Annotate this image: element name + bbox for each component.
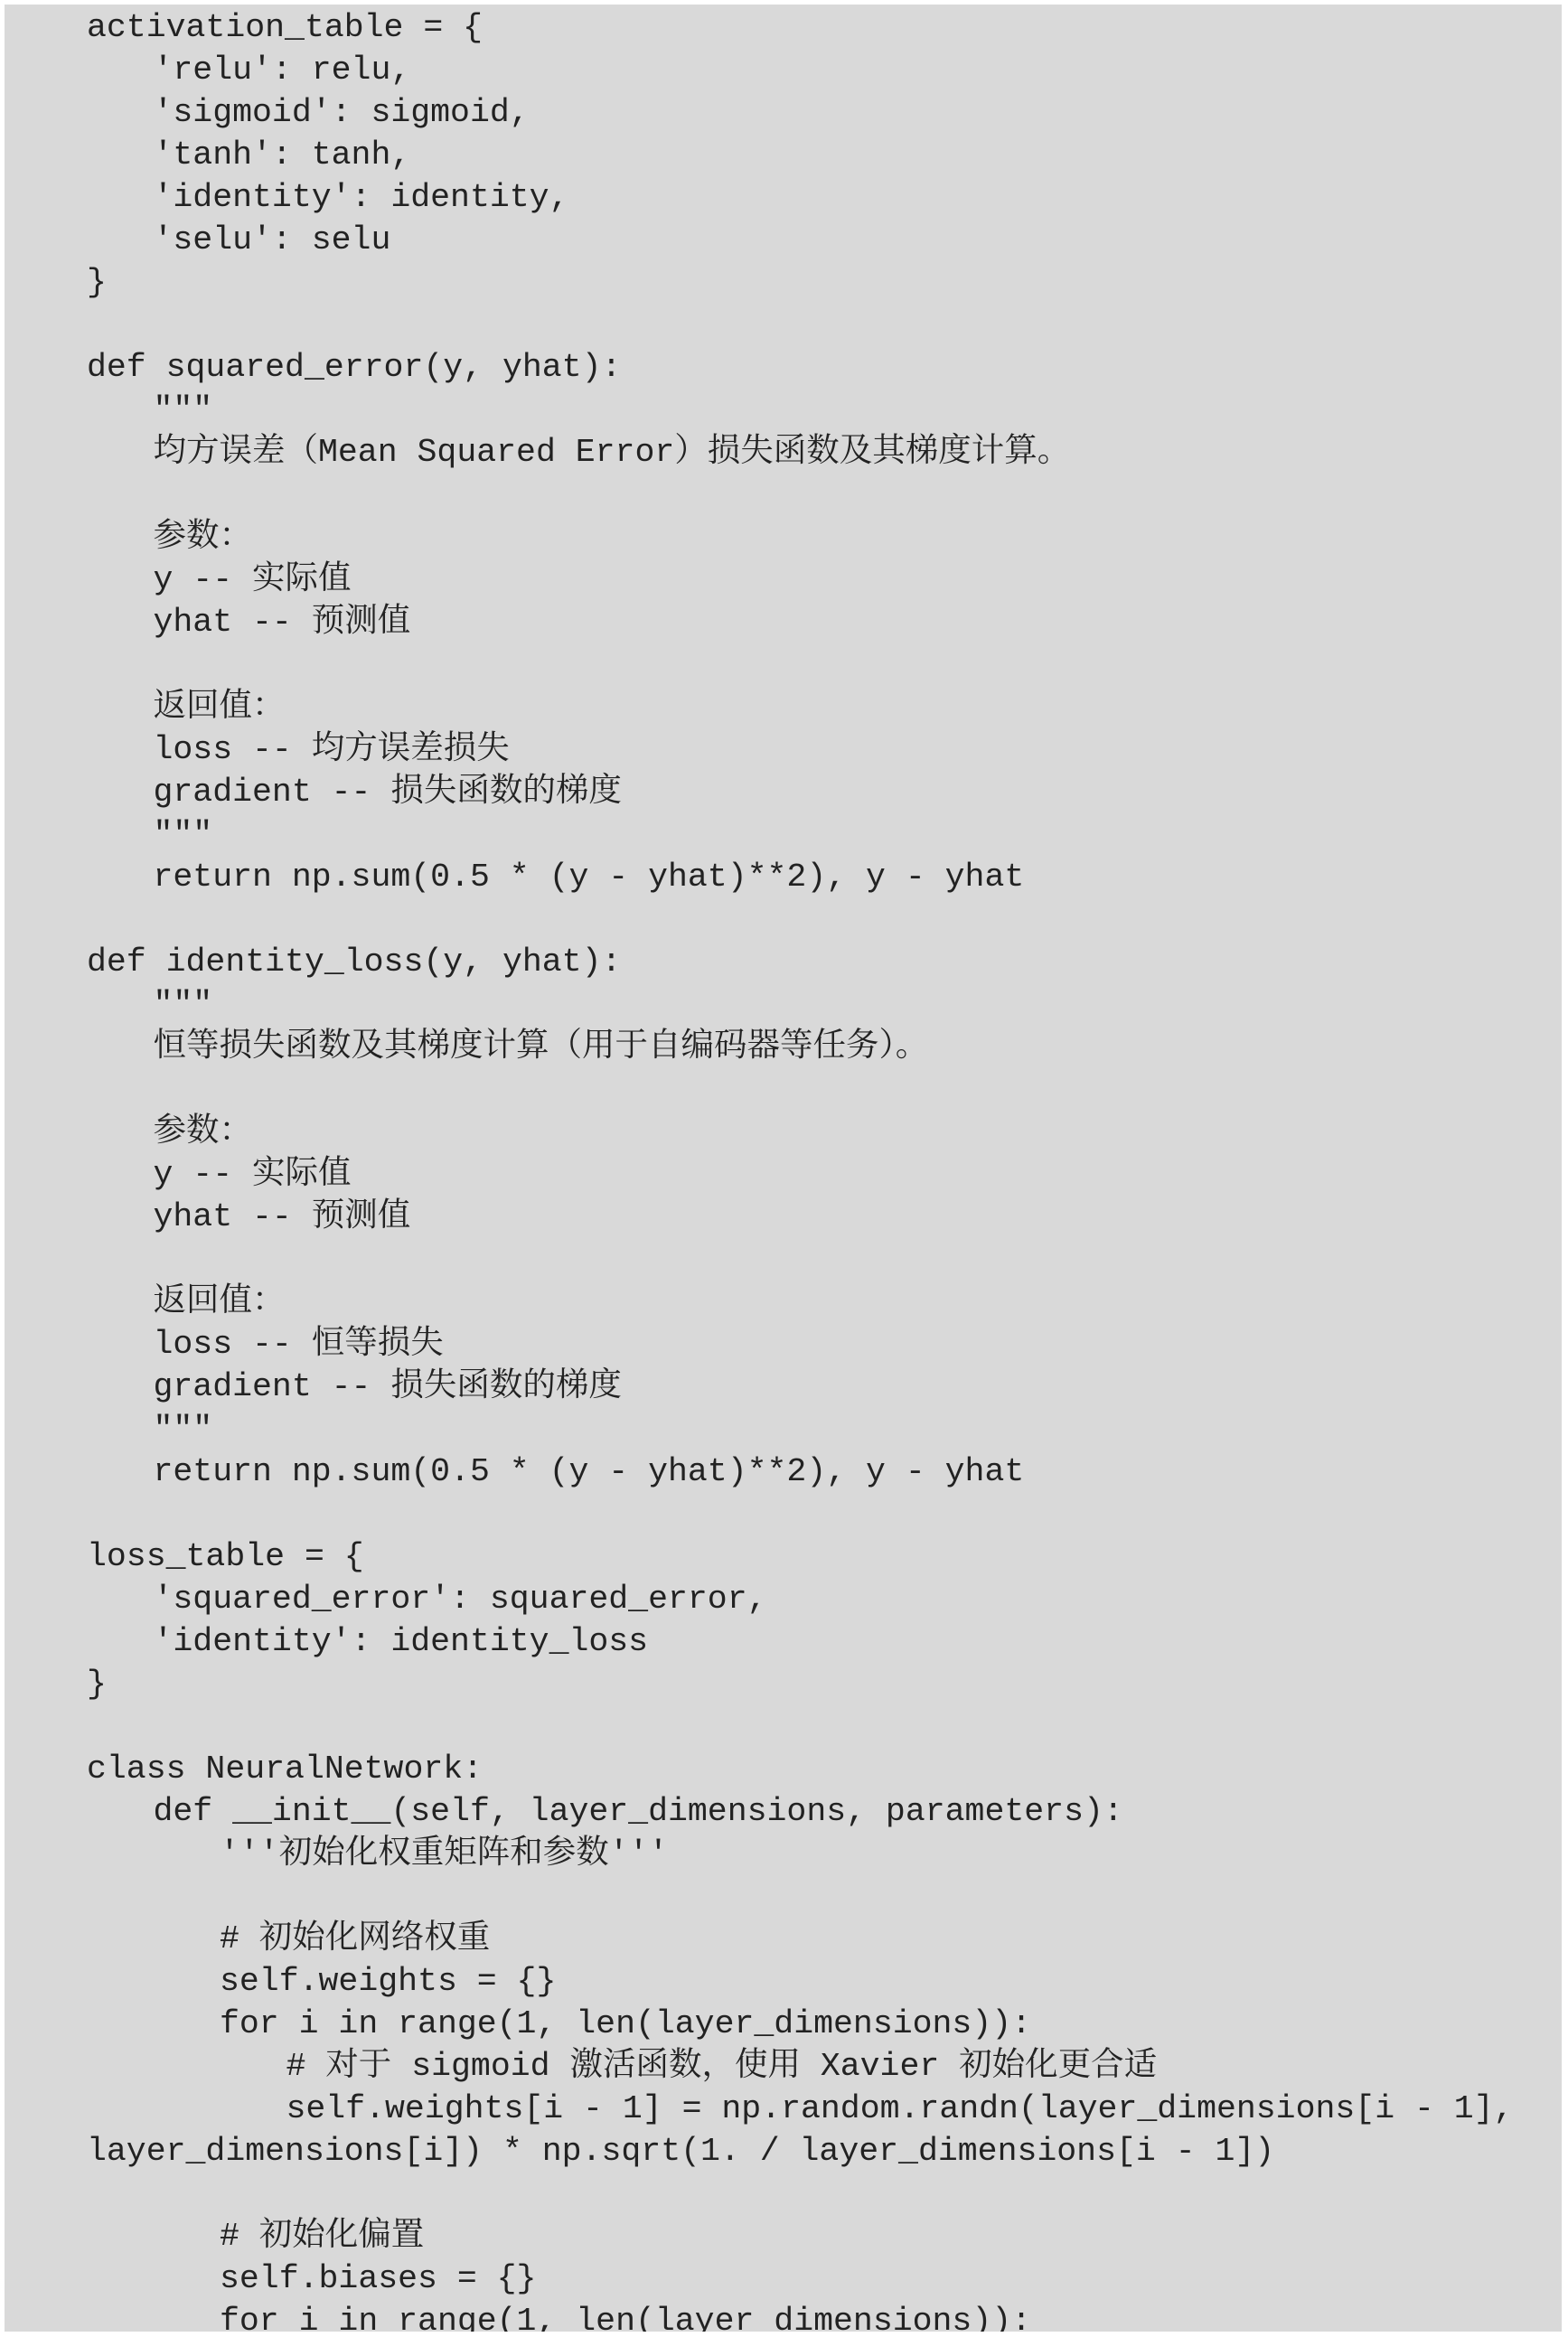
code-line: } (87, 1663, 1562, 1705)
code-line: 恒等损失函数及其梯度计算（用于自编码器等任务）。 (87, 1026, 1562, 1068)
code-line: class NeuralNetwork: (87, 1748, 1562, 1790)
code-line: loss_table = { (87, 1535, 1562, 1578)
code-line: 'sigmoid': sigmoid, (87, 91, 1562, 134)
code-line: # 初始化偏置 (87, 2215, 1562, 2257)
code-line: """ (87, 1408, 1562, 1450)
code-line: # 对于 sigmoid 激活函数，使用 Xavier 初始化更合适 (87, 2045, 1562, 2088)
code-line (87, 643, 1562, 686)
code-line: 返回值： (87, 686, 1562, 728)
code-line: yhat -- 预测值 (87, 601, 1562, 643)
code-line: 'tanh': tanh, (87, 134, 1562, 176)
code-line: 参数： (87, 1111, 1562, 1153)
code-line: y -- 实际值 (87, 558, 1562, 601)
code-line: gradient -- 损失函数的梯度 (87, 1366, 1562, 1408)
code-line: layer_dimensions[i]) * np.sqrt(1. / laye… (87, 2130, 1562, 2173)
code-line: self.weights = {} (87, 1960, 1562, 2003)
code-line (87, 1493, 1562, 1535)
code-block: activation_table = { 'relu': relu, 'sigm… (5, 5, 1562, 2332)
code-line: """ (87, 389, 1562, 431)
code-line: # 初始化网络权重 (87, 1918, 1562, 1960)
code-line (87, 1875, 1562, 1918)
code-line: 'squared_error': squared_error, (87, 1578, 1562, 1620)
code-line: 'identity': identity_loss (87, 1620, 1562, 1663)
code-line: self.biases = {} (87, 2257, 1562, 2300)
code-line: 'identity': identity, (87, 176, 1562, 219)
code-line (87, 2173, 1562, 2215)
code-line: def squared_error(y, yhat): (87, 346, 1562, 389)
code-line: for i in range(1, len(layer_dimensions))… (87, 2003, 1562, 2045)
code-line: activation_table = { (87, 6, 1562, 49)
code-line: self.weights[i - 1] = np.random.randn(la… (87, 2088, 1562, 2130)
code-line (87, 1238, 1562, 1281)
code-line: yhat -- 预测值 (87, 1196, 1562, 1238)
code-line: 均方误差（Mean Squared Error）损失函数及其梯度计算。 (87, 431, 1562, 474)
code-line: 参数： (87, 516, 1562, 558)
code-line: def __init__(self, layer_dimensions, par… (87, 1790, 1562, 1833)
code-lines: activation_table = { 'relu': relu, 'sigm… (87, 6, 1562, 2332)
code-line (87, 1068, 1562, 1111)
code-line: gradient -- 损失函数的梯度 (87, 771, 1562, 813)
code-line: '''初始化权重矩阵和参数''' (87, 1833, 1562, 1875)
code-line (87, 304, 1562, 346)
code-line: } (87, 261, 1562, 304)
code-line: 返回值： (87, 1281, 1562, 1323)
code-line: 'relu': relu, (87, 49, 1562, 91)
code-line: for i in range(1, len(layer_dimensions))… (87, 2300, 1562, 2332)
code-line (87, 1705, 1562, 1748)
code-line: return np.sum(0.5 * (y - yhat)**2), y - … (87, 856, 1562, 898)
code-line: """ (87, 983, 1562, 1026)
code-line: """ (87, 813, 1562, 856)
code-line (87, 898, 1562, 941)
code-line: 'selu': selu (87, 219, 1562, 261)
code-line: y -- 实际值 (87, 1153, 1562, 1196)
code-line: return np.sum(0.5 * (y - yhat)**2), y - … (87, 1450, 1562, 1493)
code-line (87, 474, 1562, 516)
code-line: loss -- 恒等损失 (87, 1323, 1562, 1366)
code-line: def identity_loss(y, yhat): (87, 941, 1562, 983)
code-line: loss -- 均方误差损失 (87, 728, 1562, 771)
